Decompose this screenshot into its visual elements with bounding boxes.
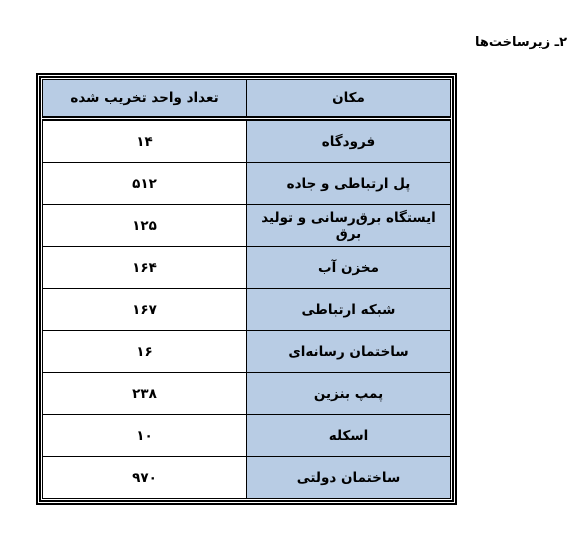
count-cell: ۱۲۵: [43, 205, 247, 247]
location-cell: پل ارتباطی و جاده: [247, 163, 451, 205]
header-location: مکان: [247, 80, 451, 119]
count-cell: ۱۶۴: [43, 247, 247, 289]
table-row: مخزن آب ۱۶۴: [43, 247, 451, 289]
table-row: پل ارتباطی و جاده ۵۱۲: [43, 163, 451, 205]
table-row: شبکه ارتباطی ۱۶۷: [43, 289, 451, 331]
infrastructure-table-grid: مکان تعداد واحد تخریب شده فرودگاه ۱۴ پل …: [42, 79, 451, 499]
table-row: اسکله ۱۰: [43, 415, 451, 457]
count-cell: ۵۱۲: [43, 163, 247, 205]
count-cell: ۹۷۰: [43, 457, 247, 499]
location-cell: مخزن آب: [247, 247, 451, 289]
count-cell: ۱۶۷: [43, 289, 247, 331]
table-row: ساختمان دولتی ۹۷۰: [43, 457, 451, 499]
location-cell: شبکه ارتباطی: [247, 289, 451, 331]
section-title: ۲ـ زیرساخت‌ها: [475, 35, 567, 50]
header-row: مکان تعداد واحد تخریب شده: [43, 80, 451, 119]
location-cell: فرودگاه: [247, 119, 451, 163]
location-cell: پمپ بنزین: [247, 373, 451, 415]
table-row: پمپ بنزین ۲۳۸: [43, 373, 451, 415]
document-page: { "title": "۲ـ زیرساخت‌ها", "table": { "…: [0, 0, 574, 541]
header-destroyed-count: تعداد واحد تخریب شده: [43, 80, 247, 119]
location-cell: ساختمان رسانه‌ای: [247, 331, 451, 373]
location-cell: ایستگاه برق‌رسانی و تولید برق: [247, 205, 451, 247]
count-cell: ۱۴: [43, 119, 247, 163]
table-row: فرودگاه ۱۴: [43, 119, 451, 163]
count-cell: ۲۳۸: [43, 373, 247, 415]
infrastructure-table: مکان تعداد واحد تخریب شده فرودگاه ۱۴ پل …: [36, 73, 457, 505]
table-row: ساختمان رسانه‌ای ۱۶: [43, 331, 451, 373]
count-cell: ۱۰: [43, 415, 247, 457]
table-row: ایستگاه برق‌رسانی و تولید برق ۱۲۵: [43, 205, 451, 247]
location-cell: اسکله: [247, 415, 451, 457]
location-cell: ساختمان دولتی: [247, 457, 451, 499]
count-cell: ۱۶: [43, 331, 247, 373]
